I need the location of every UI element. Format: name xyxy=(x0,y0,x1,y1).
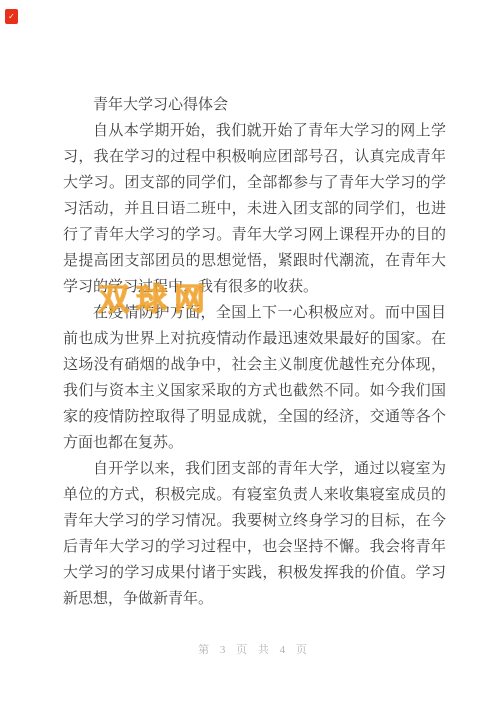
page-number-footer: 第 3 页 共 4 页 xyxy=(63,641,446,657)
document-page: ✓ 双球网 青年大学习心得体会 自从本学期开始，我们就开始了青年大学习的网上学习… xyxy=(0,0,500,707)
document-title: 青年大学习心得体会 xyxy=(63,92,446,118)
document-body: 青年大学习心得体会 自从本学期开始，我们就开始了青年大学习的网上学习，我在学习的… xyxy=(63,92,446,612)
red-stamp-glyph: ✓ xyxy=(8,13,15,21)
red-stamp-icon: ✓ xyxy=(5,9,18,24)
paragraph: 自开学以来，我们团支部的青年大学，通过以寝室为单位的方式，积极完成。有寝室负责人… xyxy=(63,456,446,612)
paragraph: 自从本学期开始，我们就开始了青年大学习的网上学习，我在学习的过程中积极响应团部号… xyxy=(63,118,446,300)
paragraph: 在疫情防护方面，全国上下一心积极应对。而中国目前也成为世界上对抗疫情动作最迅速效… xyxy=(63,300,446,456)
